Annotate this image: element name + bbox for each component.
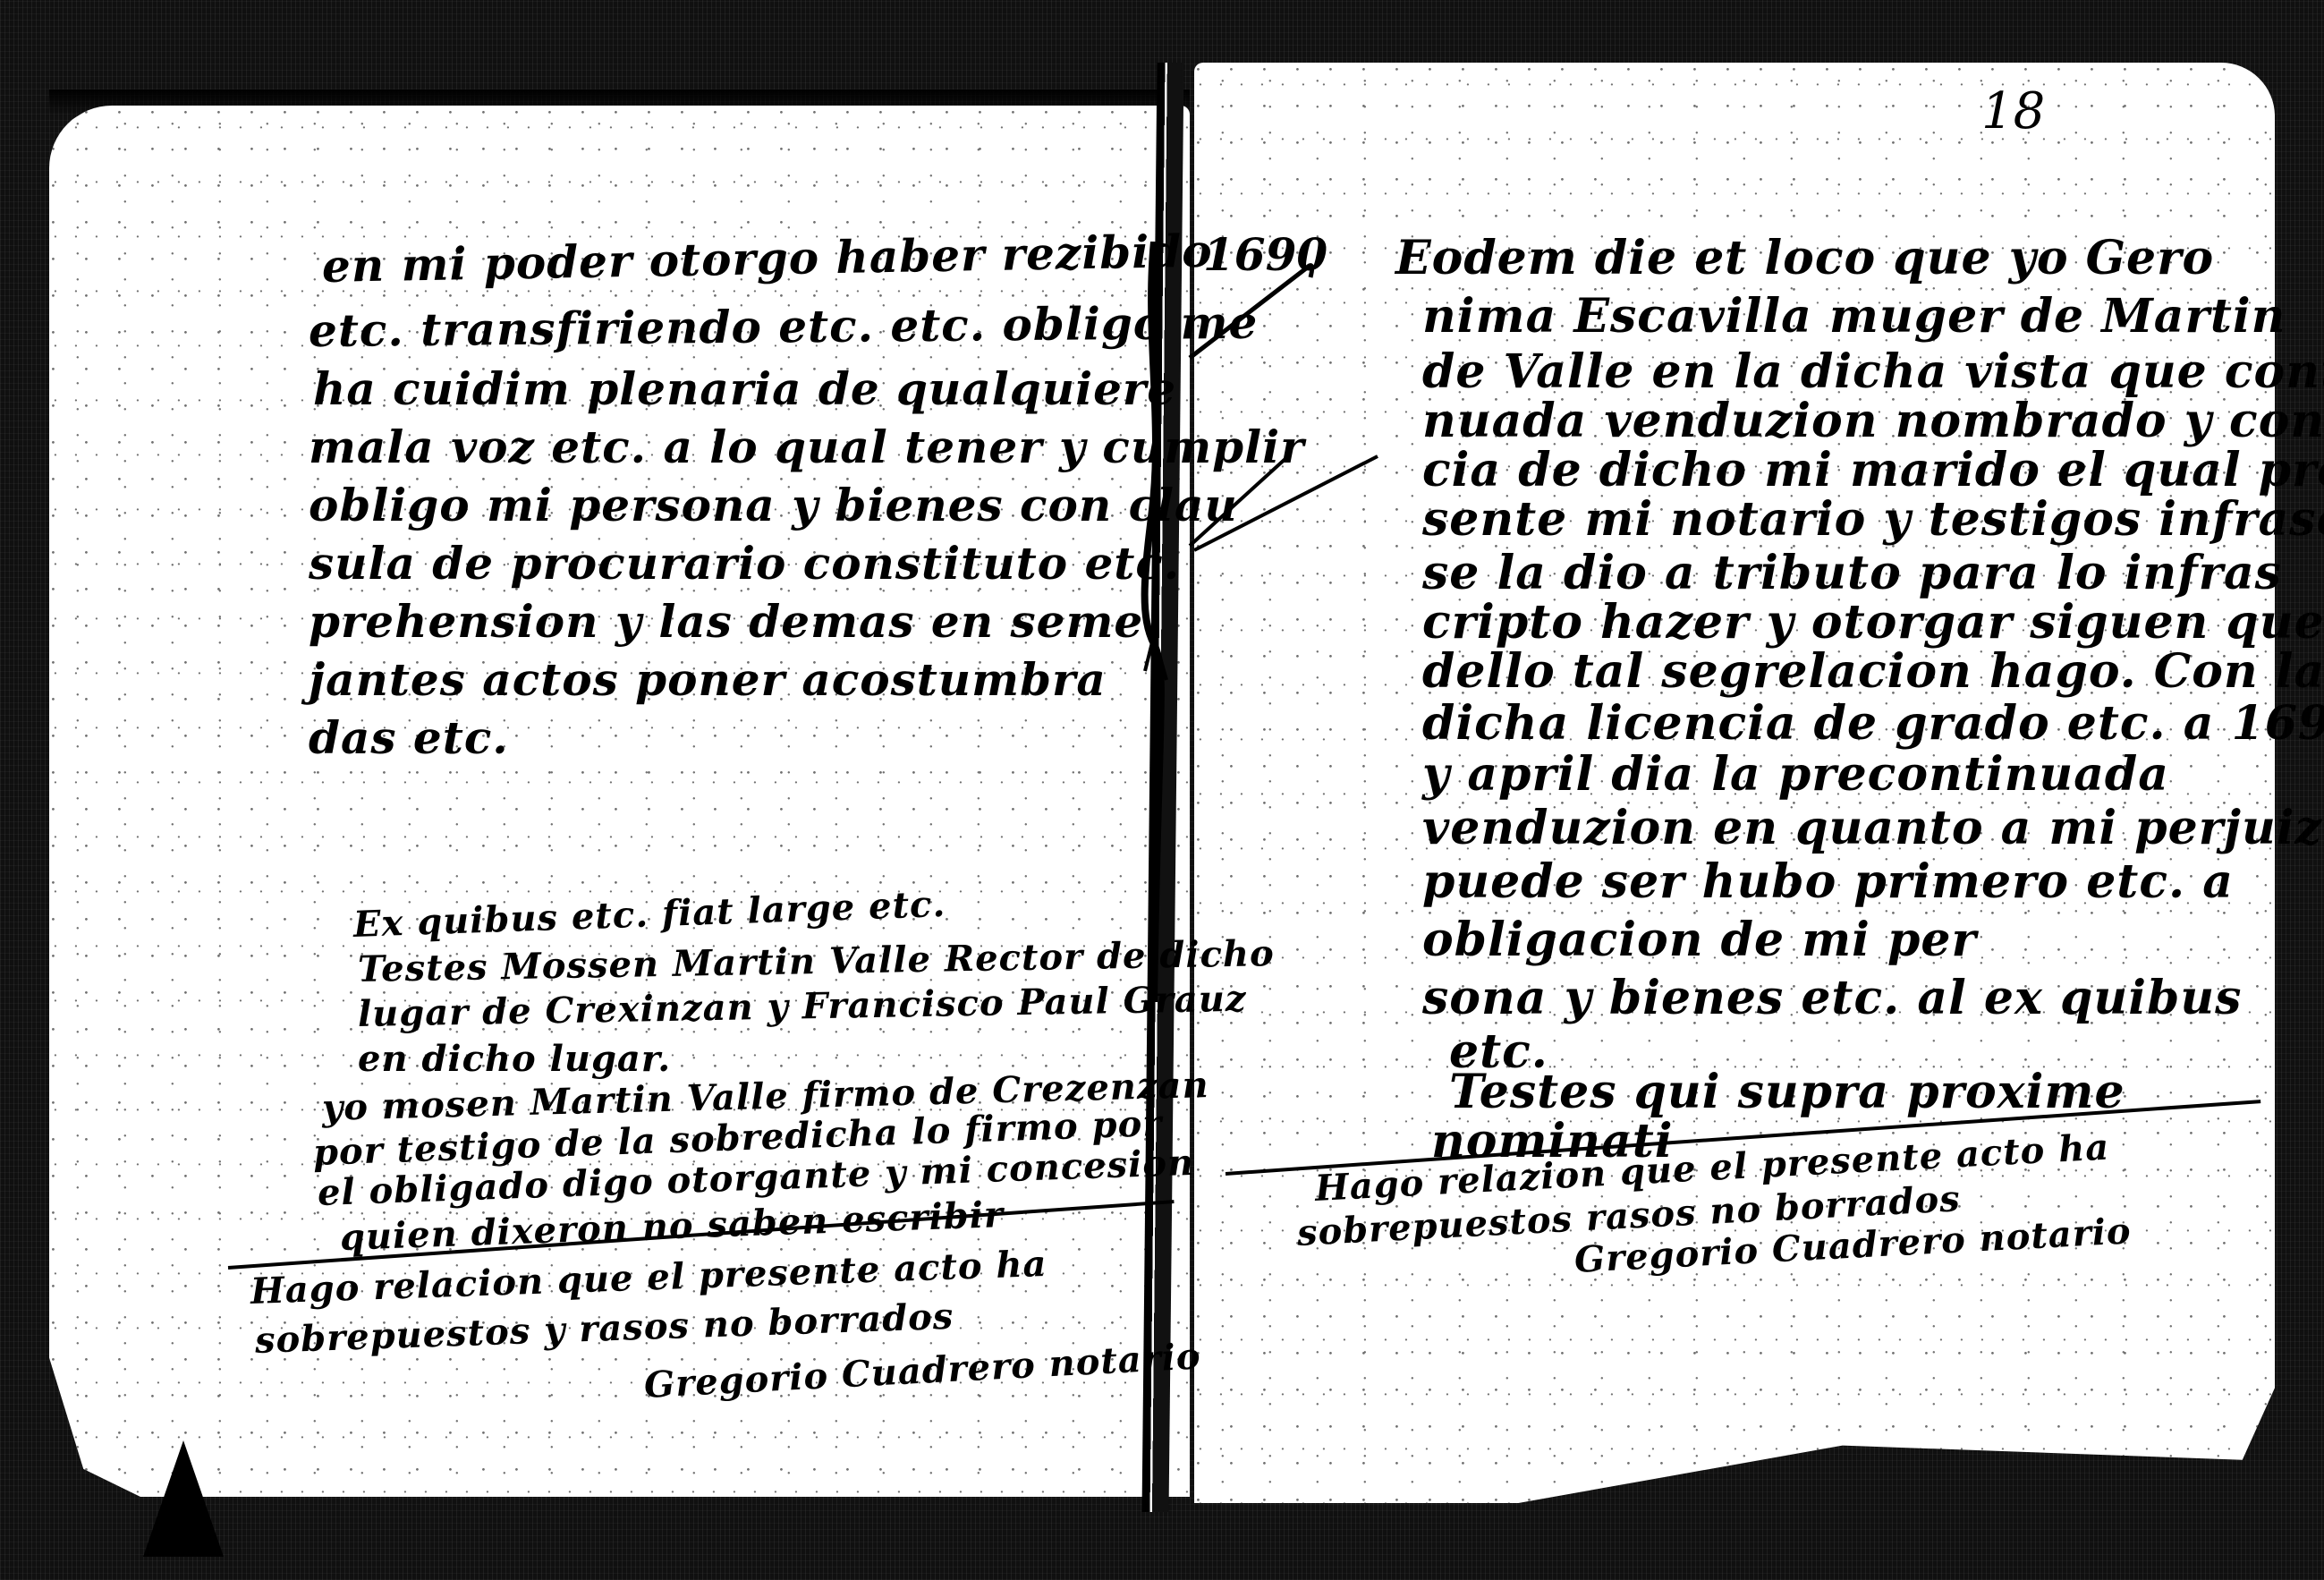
text-line: Testes qui supra proxime xyxy=(1449,1065,2125,1119)
text-line: etc. transfiriendo etc. etc. obligo me xyxy=(309,296,1259,357)
text-line: sona y bienes etc. al ex quibus xyxy=(1422,971,2242,1025)
text-line: obligo mi persona y bienes con clau xyxy=(309,479,1238,531)
text-line: de Valle en la dicha vista que conti xyxy=(1422,344,2324,399)
text-line: venduzion en quanto a mi perjuizio xyxy=(1422,801,2324,855)
text-line: cia de dicho mi marido el qual pre xyxy=(1422,443,2324,497)
text-line: sente mi notario y testigos infrascripto… xyxy=(1422,492,2324,547)
text-line: y april dia la precontinuada xyxy=(1422,747,2169,802)
text-line: prehension y las demas en seme xyxy=(309,595,1143,648)
folio-number: 18 xyxy=(1981,82,2045,140)
text-line: obligacion de mi per xyxy=(1422,913,1977,967)
text-line: en dicho lugar. xyxy=(358,1038,671,1080)
text-line: dicha licencia de grado etc. a 1690 xyxy=(1422,696,2324,751)
page-corner-fold xyxy=(143,1440,224,1557)
text-line: mala voz etc. a lo qual tener y cumplir xyxy=(309,420,1304,473)
text-line: nima Escavilla muger de Martin xyxy=(1422,289,2286,344)
text-line: cripto hazer y otorgar siguen que xyxy=(1422,595,2324,650)
text-line: Eodem die et loco que yo Gero xyxy=(1395,231,2214,285)
text-line: dello tal segrelacion hago. Con la xyxy=(1422,644,2324,699)
text-line: jantes actos poner acostumbra xyxy=(309,653,1107,706)
text-line: nuada venduzion nombrado y con licen xyxy=(1422,394,2324,448)
text-line: das etc. xyxy=(309,711,509,764)
text-line: puede ser hubo primero etc. a xyxy=(1422,854,2234,909)
text-line: se la dio a tributo para lo infras xyxy=(1422,546,2282,600)
text-line: sula de procurario constituto etc. xyxy=(309,537,1180,590)
text-line: ha cuidim plenaria de qualquiere xyxy=(313,362,1176,415)
